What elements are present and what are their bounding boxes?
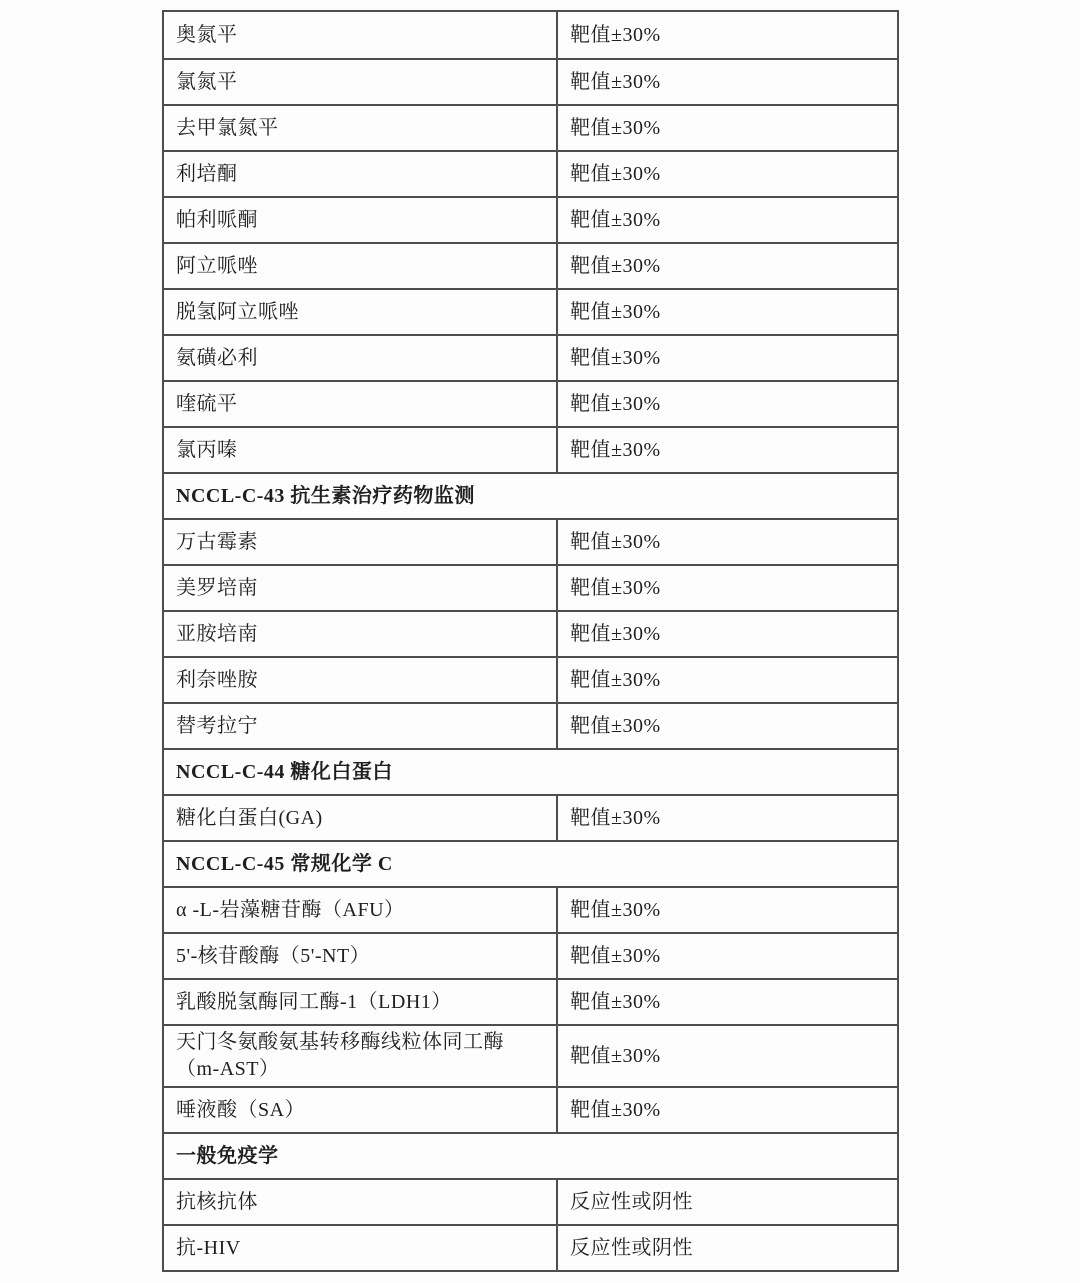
item-name-cell: 奥氮平: [164, 12, 558, 58]
item-name-cell: 脱氢阿立哌唑: [164, 290, 558, 334]
table-row: 乳酸脱氢酶同工酶-1（LDH1）靶值±30%: [164, 978, 897, 1024]
item-criterion-cell: 靶值±30%: [558, 934, 897, 978]
item-name-cell: 阿立哌唑: [164, 244, 558, 288]
item-name-cell: 抗核抗体: [164, 1180, 558, 1224]
item-name-cell: 糖化白蛋白(GA): [164, 796, 558, 840]
item-criterion-cell: 靶值±30%: [558, 658, 897, 702]
section-header-row: NCCL-C-44 糖化白蛋白: [164, 748, 897, 794]
table-row: 去甲氯氮平靶值±30%: [164, 104, 897, 150]
item-criterion-cell: 靶值±30%: [558, 12, 897, 58]
section-header-row: NCCL-C-45 常规化学 C: [164, 840, 897, 886]
item-criterion-cell: 靶值±30%: [558, 244, 897, 288]
section-header-row: 一般免疫学: [164, 1132, 897, 1178]
item-criterion-cell: 靶值±30%: [558, 796, 897, 840]
section-header-label: 一般免疫学: [164, 1134, 897, 1178]
item-name-cell: 唾液酸（SA）: [164, 1088, 558, 1132]
table-row: 氯丙嗪靶值±30%: [164, 426, 897, 472]
item-criterion-cell: 靶值±30%: [558, 1088, 897, 1132]
table-row: 替考拉宁靶值±30%: [164, 702, 897, 748]
item-criterion-cell: 靶值±30%: [558, 428, 897, 472]
table-row: 利奈唑胺靶值±30%: [164, 656, 897, 702]
item-name-cell: 5'-核苷酸酶（5'-NT）: [164, 934, 558, 978]
item-name-cell: 抗-HIV: [164, 1226, 558, 1270]
item-criterion-cell: 靶值±30%: [558, 198, 897, 242]
section-header-label: NCCL-C-45 常规化学 C: [164, 842, 897, 886]
item-name-cell: 帕利哌酮: [164, 198, 558, 242]
table-row: 抗-HIV反应性或阴性: [164, 1224, 897, 1270]
item-name-cell: 乳酸脱氢酶同工酶-1（LDH1）: [164, 980, 558, 1024]
table-row: 喹硫平靶值±30%: [164, 380, 897, 426]
table-row: 氨磺必利靶值±30%: [164, 334, 897, 380]
item-criterion-cell: 靶值±30%: [558, 290, 897, 334]
table-row: 奥氮平靶值±30%: [164, 12, 897, 58]
item-criterion-cell: 靶值±30%: [558, 382, 897, 426]
item-name-cell: 去甲氯氮平: [164, 106, 558, 150]
table-row: 糖化白蛋白(GA)靶值±30%: [164, 794, 897, 840]
item-name-cell: 氯氮平: [164, 60, 558, 104]
section-header-row: NCCL-C-43 抗生素治疗药物监测: [164, 472, 897, 518]
section-header-label: NCCL-C-43 抗生素治疗药物监测: [164, 474, 897, 518]
item-name-cell: 氨磺必利: [164, 336, 558, 380]
table-row: 天门冬氨酸氨基转移酶线粒体同工酶（m-AST）靶值±30%: [164, 1024, 897, 1086]
item-name-cell: 亚胺培南: [164, 612, 558, 656]
section-header-label: NCCL-C-44 糖化白蛋白: [164, 750, 897, 794]
item-criterion-cell: 靶值±30%: [558, 888, 897, 932]
table-row: 氯氮平靶值±30%: [164, 58, 897, 104]
table-row: α -L-岩藻糖苷酶（AFU）靶值±30%: [164, 886, 897, 932]
item-name-cell: 替考拉宁: [164, 704, 558, 748]
table-row: 美罗培南靶值±30%: [164, 564, 897, 610]
table-row: 唾液酸（SA）靶值±30%: [164, 1086, 897, 1132]
item-criterion-cell: 反应性或阴性: [558, 1180, 897, 1224]
item-name-cell: α -L-岩藻糖苷酶（AFU）: [164, 888, 558, 932]
item-name-cell: 氯丙嗪: [164, 428, 558, 472]
item-name-cell: 利奈唑胺: [164, 658, 558, 702]
item-criterion-cell: 靶值±30%: [558, 612, 897, 656]
table-row: 利培酮靶值±30%: [164, 150, 897, 196]
item-name-cell: 喹硫平: [164, 382, 558, 426]
table-row: 万古霉素靶值±30%: [164, 518, 897, 564]
item-name-cell: 利培酮: [164, 152, 558, 196]
item-criterion-cell: 靶值±30%: [558, 1026, 897, 1086]
item-criterion-cell: 靶值±30%: [558, 980, 897, 1024]
item-criterion-cell: 靶值±30%: [558, 106, 897, 150]
table-row: 5'-核苷酸酶（5'-NT）靶值±30%: [164, 932, 897, 978]
item-name-cell: 天门冬氨酸氨基转移酶线粒体同工酶（m-AST）: [164, 1026, 558, 1086]
table-row: 帕利哌酮靶值±30%: [164, 196, 897, 242]
item-criterion-cell: 反应性或阴性: [558, 1226, 897, 1270]
item-name-cell: 美罗培南: [164, 566, 558, 610]
item-name-cell: 万古霉素: [164, 520, 558, 564]
table-row: 亚胺培南靶值±30%: [164, 610, 897, 656]
item-criterion-cell: 靶值±30%: [558, 60, 897, 104]
table-row: 脱氢阿立哌唑靶值±30%: [164, 288, 897, 334]
table-row: 抗核抗体反应性或阴性: [164, 1178, 897, 1224]
qc-criteria-table: 奥氮平靶值±30%氯氮平靶值±30%去甲氯氮平靶值±30%利培酮靶值±30%帕利…: [162, 10, 899, 1272]
item-criterion-cell: 靶值±30%: [558, 566, 897, 610]
item-criterion-cell: 靶值±30%: [558, 520, 897, 564]
item-criterion-cell: 靶值±30%: [558, 704, 897, 748]
item-criterion-cell: 靶值±30%: [558, 336, 897, 380]
item-criterion-cell: 靶值±30%: [558, 152, 897, 196]
table-row: 阿立哌唑靶值±30%: [164, 242, 897, 288]
